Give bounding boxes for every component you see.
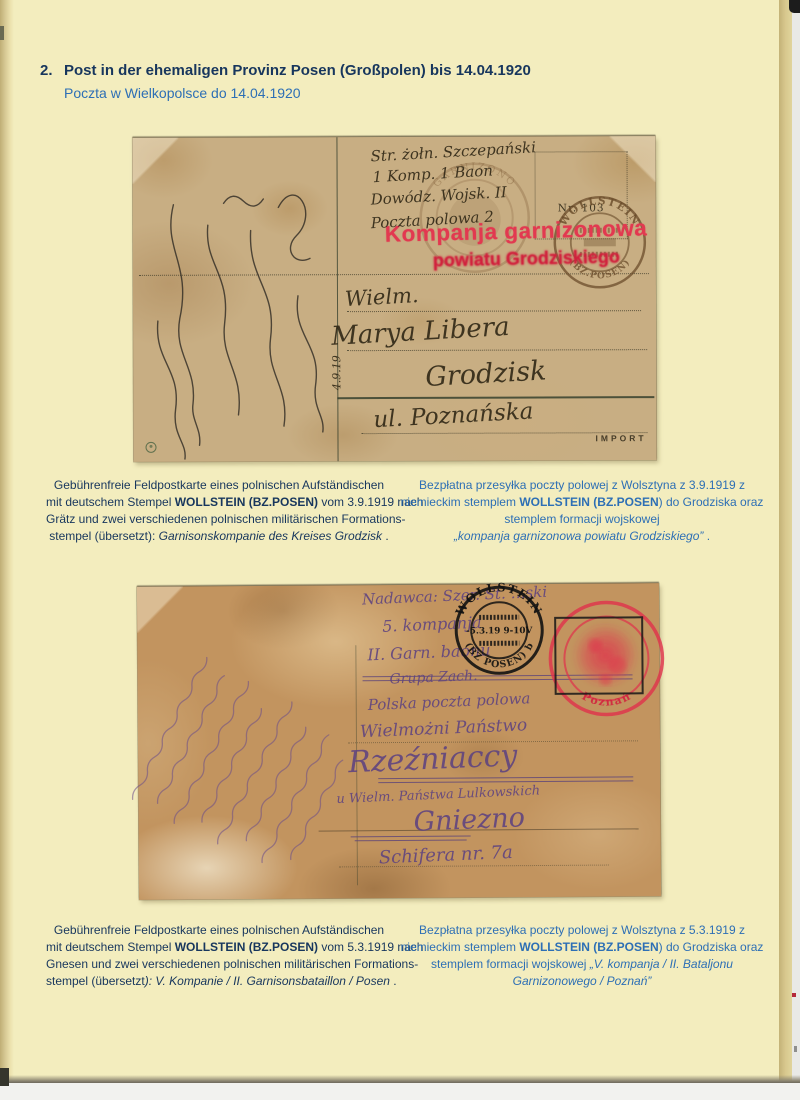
scan-speck-red	[792, 993, 796, 997]
caption-line: Grätz und zwei verschiedenen polnischen …	[46, 511, 392, 528]
scanner-bed-right	[792, 0, 800, 1100]
handwritten-address-line: Wielmożni Państwo	[360, 717, 528, 741]
caption-polish-2: Bezpłatna przesyłka poczty polowej z Wol…	[400, 922, 764, 990]
caption-german-1: Gebührenfreie Feldpostkarte eines polnis…	[46, 477, 392, 545]
album-page: 2. Post in der ehemaligen Provinz Posen …	[0, 0, 800, 1100]
page-left-edge	[0, 0, 14, 1100]
scan-corner-notch	[789, 0, 800, 13]
caption-german-2: Gebührenfreie Feldpostkarte eines polnis…	[46, 922, 392, 990]
postcard-1: Nr. 103 GARNIZONO WOLLSTEIN (BZ.POSEN) K	[132, 136, 656, 462]
caption-line: mit deutschem Stempel WOLLSTEIN (BZ.POSE…	[46, 494, 392, 511]
import-imprint: IMPORT	[595, 433, 646, 443]
caption-line: Gnesen und zwei verschiedenen polnischen…	[46, 956, 392, 973]
caption-line: „kompanja garnizonowa powiatu Grodziskie…	[400, 528, 764, 545]
scanner-bed-bottom	[0, 1083, 800, 1100]
scan-speck-gray	[794, 1046, 797, 1052]
handwritten-address-line: Schifera nr. 7a	[378, 844, 513, 868]
caption-polish-1: Bezpłatna przesyłka poczty polowej z Wol…	[400, 477, 764, 545]
postmark-wollstein-black-icon: -5.3.19 9-10V WOLLSTEIN (BZ POSEN) b	[449, 580, 550, 681]
page-subtitle: Poczta w Wielkopolsce do 14.04.1920	[64, 85, 301, 101]
svg-text:-5.3.19 9-10V: -5.3.19 9-10V	[466, 626, 532, 636]
section-number: 2.	[40, 62, 53, 79]
handwritten-sender-line: Polska poczta polowa	[367, 691, 530, 713]
caption-line: niemieckim stemplem WOLLSTEIN (BZ.POSEN)…	[400, 939, 764, 956]
caption-line: Bezpłatna przesyłka poczty polowej z Wol…	[400, 922, 764, 939]
publisher-logo-icon	[145, 442, 156, 453]
handwritten-address-line: Marya Libera	[331, 314, 511, 350]
purple-line	[378, 780, 633, 783]
handwriting-scrawl-icon	[145, 597, 377, 894]
caption-line: niemieckim stemplem WOLLSTEIN (BZ.POSEN)…	[400, 494, 764, 511]
caption-line: stemplem formacji wojskowej „V. kompanja…	[400, 956, 764, 973]
handwritten-address-line: Grodzisk	[425, 357, 547, 391]
caption-line: Gebührenfreie Feldpostkarte eines polnis…	[46, 922, 392, 939]
stamp-box-outline	[554, 616, 644, 695]
page-right-edge	[779, 0, 792, 1100]
caption-line: stempel (übersetzt): V. Kompanie / II. G…	[46, 973, 392, 990]
card-solid-line	[337, 396, 654, 399]
caption-line: stemplem formacji wojskowej	[400, 511, 764, 528]
card-dotted-line	[347, 349, 647, 351]
svg-text:WOLLSTEIN: WOLLSTEIN	[452, 580, 546, 619]
caption-line: stempel (übersetzt): Garnisonskompanie d…	[46, 528, 392, 545]
caption-line: Gebührenfreie Feldpostkarte eines polnis…	[46, 477, 392, 494]
postcard-2: Nadawca: Szer. St. …ski 5. kompanja II. …	[137, 583, 661, 900]
scan-speck	[0, 26, 4, 40]
caption-line: mit deutschem Stempel WOLLSTEIN (BZ.POSE…	[46, 939, 392, 956]
page-title: Post in der ehemaligen Provinz Posen (Gr…	[64, 62, 531, 79]
scan-blob	[0, 1068, 9, 1086]
caption-line: Bezpłatna przesyłka poczty polowej z Wol…	[400, 477, 764, 494]
red-formation-stamp-line2: powiatu Grodziskiego	[433, 247, 620, 272]
handwriting-scrawl-icon	[139, 161, 355, 457]
handwritten-address-line: ul. Poznańska	[373, 400, 534, 432]
handwritten-address-line: Wielm.	[344, 285, 419, 310]
handwritten-address-line: Gniezno	[413, 804, 525, 836]
caption-line: Garnizonowego / Poznań”	[400, 973, 764, 990]
page-bottom-shadow	[0, 1075, 800, 1083]
